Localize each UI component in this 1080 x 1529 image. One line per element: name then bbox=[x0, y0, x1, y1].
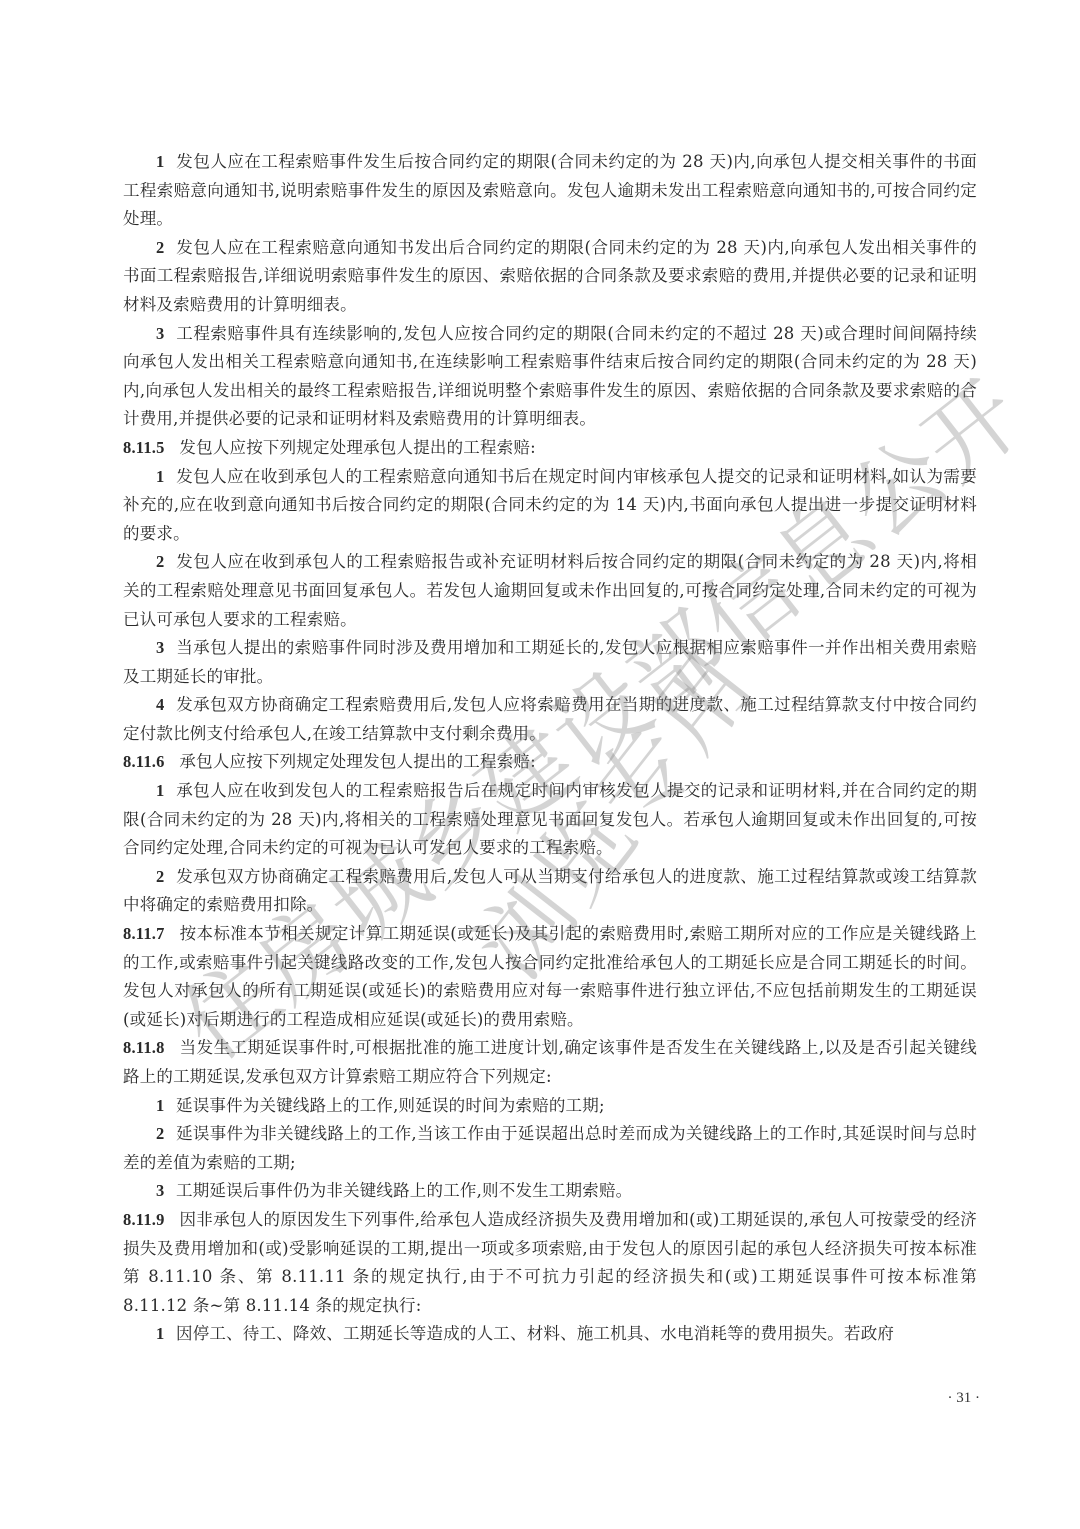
page-content: 1发包人应在工程索赔事件发生后按合同约定的期限(合同未约定的为 28 天)内,向… bbox=[123, 148, 977, 1349]
item-text: 发包人应在收到承包人的工程索赔意向通知书后在规定时间内审核承包人提交的记录和证明… bbox=[123, 467, 977, 543]
item-number: 4 bbox=[156, 695, 164, 714]
list-item: 2延误事件为非关键线路上的工作,当该工作由于延误超出总时差而成为关键线路上的工作… bbox=[123, 1120, 977, 1177]
item-text: 因停工、待工、降效、工期延长等造成的人工、材料、施工机具、水电消耗等的费用损失。… bbox=[176, 1324, 894, 1343]
item-number: 1 bbox=[156, 781, 164, 800]
item-text: 发承包双方协商确定工程索赔费用后,发包人应将索赔费用在当期的进度款、施工过程结算… bbox=[123, 695, 977, 743]
item-text: 发包人应在工程索赔意向通知书发出后合同约定的期限(合同未约定的为 28 天)内,… bbox=[123, 238, 977, 314]
item-text: 延误事件为关键线路上的工作,则延误的时间为索赔的工期; bbox=[176, 1096, 605, 1115]
item-text: 发包人应在收到承包人的工程索赔报告或补充证明材料后按合同约定的期限(合同未约定的… bbox=[123, 552, 977, 628]
item-text: 延误事件为非关键线路上的工作,当该工作由于延误超出总时差而成为关键线路上的工作时… bbox=[123, 1124, 977, 1172]
item-number: 3 bbox=[156, 1181, 164, 1200]
item-number: 2 bbox=[156, 867, 164, 886]
item-text: 发包人应在工程索赔事件发生后按合同约定的期限(合同未约定的为 28 天)内,向承… bbox=[123, 152, 977, 228]
clause-number: 8.11.9 bbox=[123, 1210, 165, 1229]
item-number: 1 bbox=[156, 1324, 164, 1343]
item-text: 工期延误后事件仍为非关键线路上的工作,则不发生工期索赔。 bbox=[176, 1181, 632, 1200]
item-number: 2 bbox=[156, 552, 164, 571]
clause-number: 8.11.7 bbox=[123, 924, 165, 943]
list-item: 1发包人应在收到承包人的工程索赔意向通知书后在规定时间内审核承包人提交的记录和证… bbox=[123, 463, 977, 549]
item-number: 3 bbox=[156, 638, 164, 657]
list-item: 3工期延误后事件仍为非关键线路上的工作,则不发生工期索赔。 bbox=[123, 1177, 977, 1206]
item-text: 当承包人提出的索赔事件同时涉及费用增加和工期延长的,发包人应根据相应索赔事件一并… bbox=[123, 638, 977, 686]
list-item: 2发包人应在工程索赔意向通知书发出后合同约定的期限(合同未约定的为 28 天)内… bbox=[123, 234, 977, 320]
clause-8-11-7: 8.11.7按本标准本节相关规定计算工期延误(或延长)及其引起的索赔费用时,索赔… bbox=[123, 920, 977, 1034]
item-text: 发承包双方协商确定工程索赔费用后,发包人可从当期支付给承包人的进度款、施工过程结… bbox=[123, 867, 977, 915]
clause-text: 承包人应按下列规定处理发包人提出的工程索赔: bbox=[179, 752, 535, 771]
clause-8-11-6: 8.11.6承包人应按下列规定处理发包人提出的工程索赔: bbox=[123, 748, 977, 777]
list-item: 1因停工、待工、降效、工期延长等造成的人工、材料、施工机具、水电消耗等的费用损失… bbox=[123, 1320, 977, 1349]
list-item: 4发承包双方协商确定工程索赔费用后,发包人应将索赔费用在当期的进度款、施工过程结… bbox=[123, 691, 977, 748]
item-number: 1 bbox=[156, 152, 164, 171]
clause-number: 8.11.5 bbox=[123, 438, 165, 457]
list-item: 2发承包双方协商确定工程索赔费用后,发包人可从当期支付给承包人的进度款、施工过程… bbox=[123, 863, 977, 920]
list-item: 2发包人应在收到承包人的工程索赔报告或补充证明材料后按合同约定的期限(合同未约定… bbox=[123, 548, 977, 634]
list-item: 3当承包人提出的索赔事件同时涉及费用增加和工期延长的,发包人应根据相应索赔事件一… bbox=[123, 634, 977, 691]
item-number: 2 bbox=[156, 238, 164, 257]
list-item: 3工程索赔事件具有连续影响的,发包人应按合同约定的期限(合同未约定的不超过 28… bbox=[123, 320, 977, 434]
clause-text: 当发生工期延误事件时,可根据批准的施工进度计划,确定该事件是否发生在关键线路上,… bbox=[123, 1038, 977, 1086]
clause-number: 8.11.8 bbox=[123, 1038, 165, 1057]
page-number: · 31 · bbox=[900, 1390, 980, 1407]
item-number: 2 bbox=[156, 1124, 164, 1143]
clause-text: 因非承包人的原因发生下列事件,给承包人造成经济损失及费用增加和(或)工期延误的,… bbox=[123, 1210, 977, 1315]
clause-text: 发包人应按下列规定处理承包人提出的工程索赔: bbox=[179, 438, 535, 457]
item-text: 承包人应在收到发包人的工程索赔报告后在规定时间内审核发包人提交的记录和证明材料,… bbox=[123, 781, 977, 857]
item-number: 1 bbox=[156, 1096, 164, 1115]
clause-8-11-8: 8.11.8当发生工期延误事件时,可根据批准的施工进度计划,确定该事件是否发生在… bbox=[123, 1034, 977, 1091]
document-page: 1发包人应在工程索赔事件发生后按合同约定的期限(合同未约定的为 28 天)内,向… bbox=[0, 0, 1080, 1529]
list-item: 1发包人应在工程索赔事件发生后按合同约定的期限(合同未约定的为 28 天)内,向… bbox=[123, 148, 977, 234]
list-item: 1延误事件为关键线路上的工作,则延误的时间为索赔的工期; bbox=[123, 1092, 977, 1121]
clause-number: 8.11.6 bbox=[123, 752, 165, 771]
clause-8-11-5: 8.11.5发包人应按下列规定处理承包人提出的工程索赔: bbox=[123, 434, 977, 463]
item-number: 3 bbox=[156, 324, 164, 343]
clause-8-11-9: 8.11.9因非承包人的原因发生下列事件,给承包人造成经济损失及费用增加和(或)… bbox=[123, 1206, 977, 1320]
list-item: 1承包人应在收到发包人的工程索赔报告后在规定时间内审核发包人提交的记录和证明材料… bbox=[123, 777, 977, 863]
clause-text: 按本标准本节相关规定计算工期延误(或延长)及其引起的索赔费用时,索赔工期所对应的… bbox=[123, 924, 977, 1029]
item-text: 工程索赔事件具有连续影响的,发包人应按合同约定的期限(合同未约定的不超过 28 … bbox=[123, 324, 977, 429]
item-number: 1 bbox=[156, 467, 164, 486]
